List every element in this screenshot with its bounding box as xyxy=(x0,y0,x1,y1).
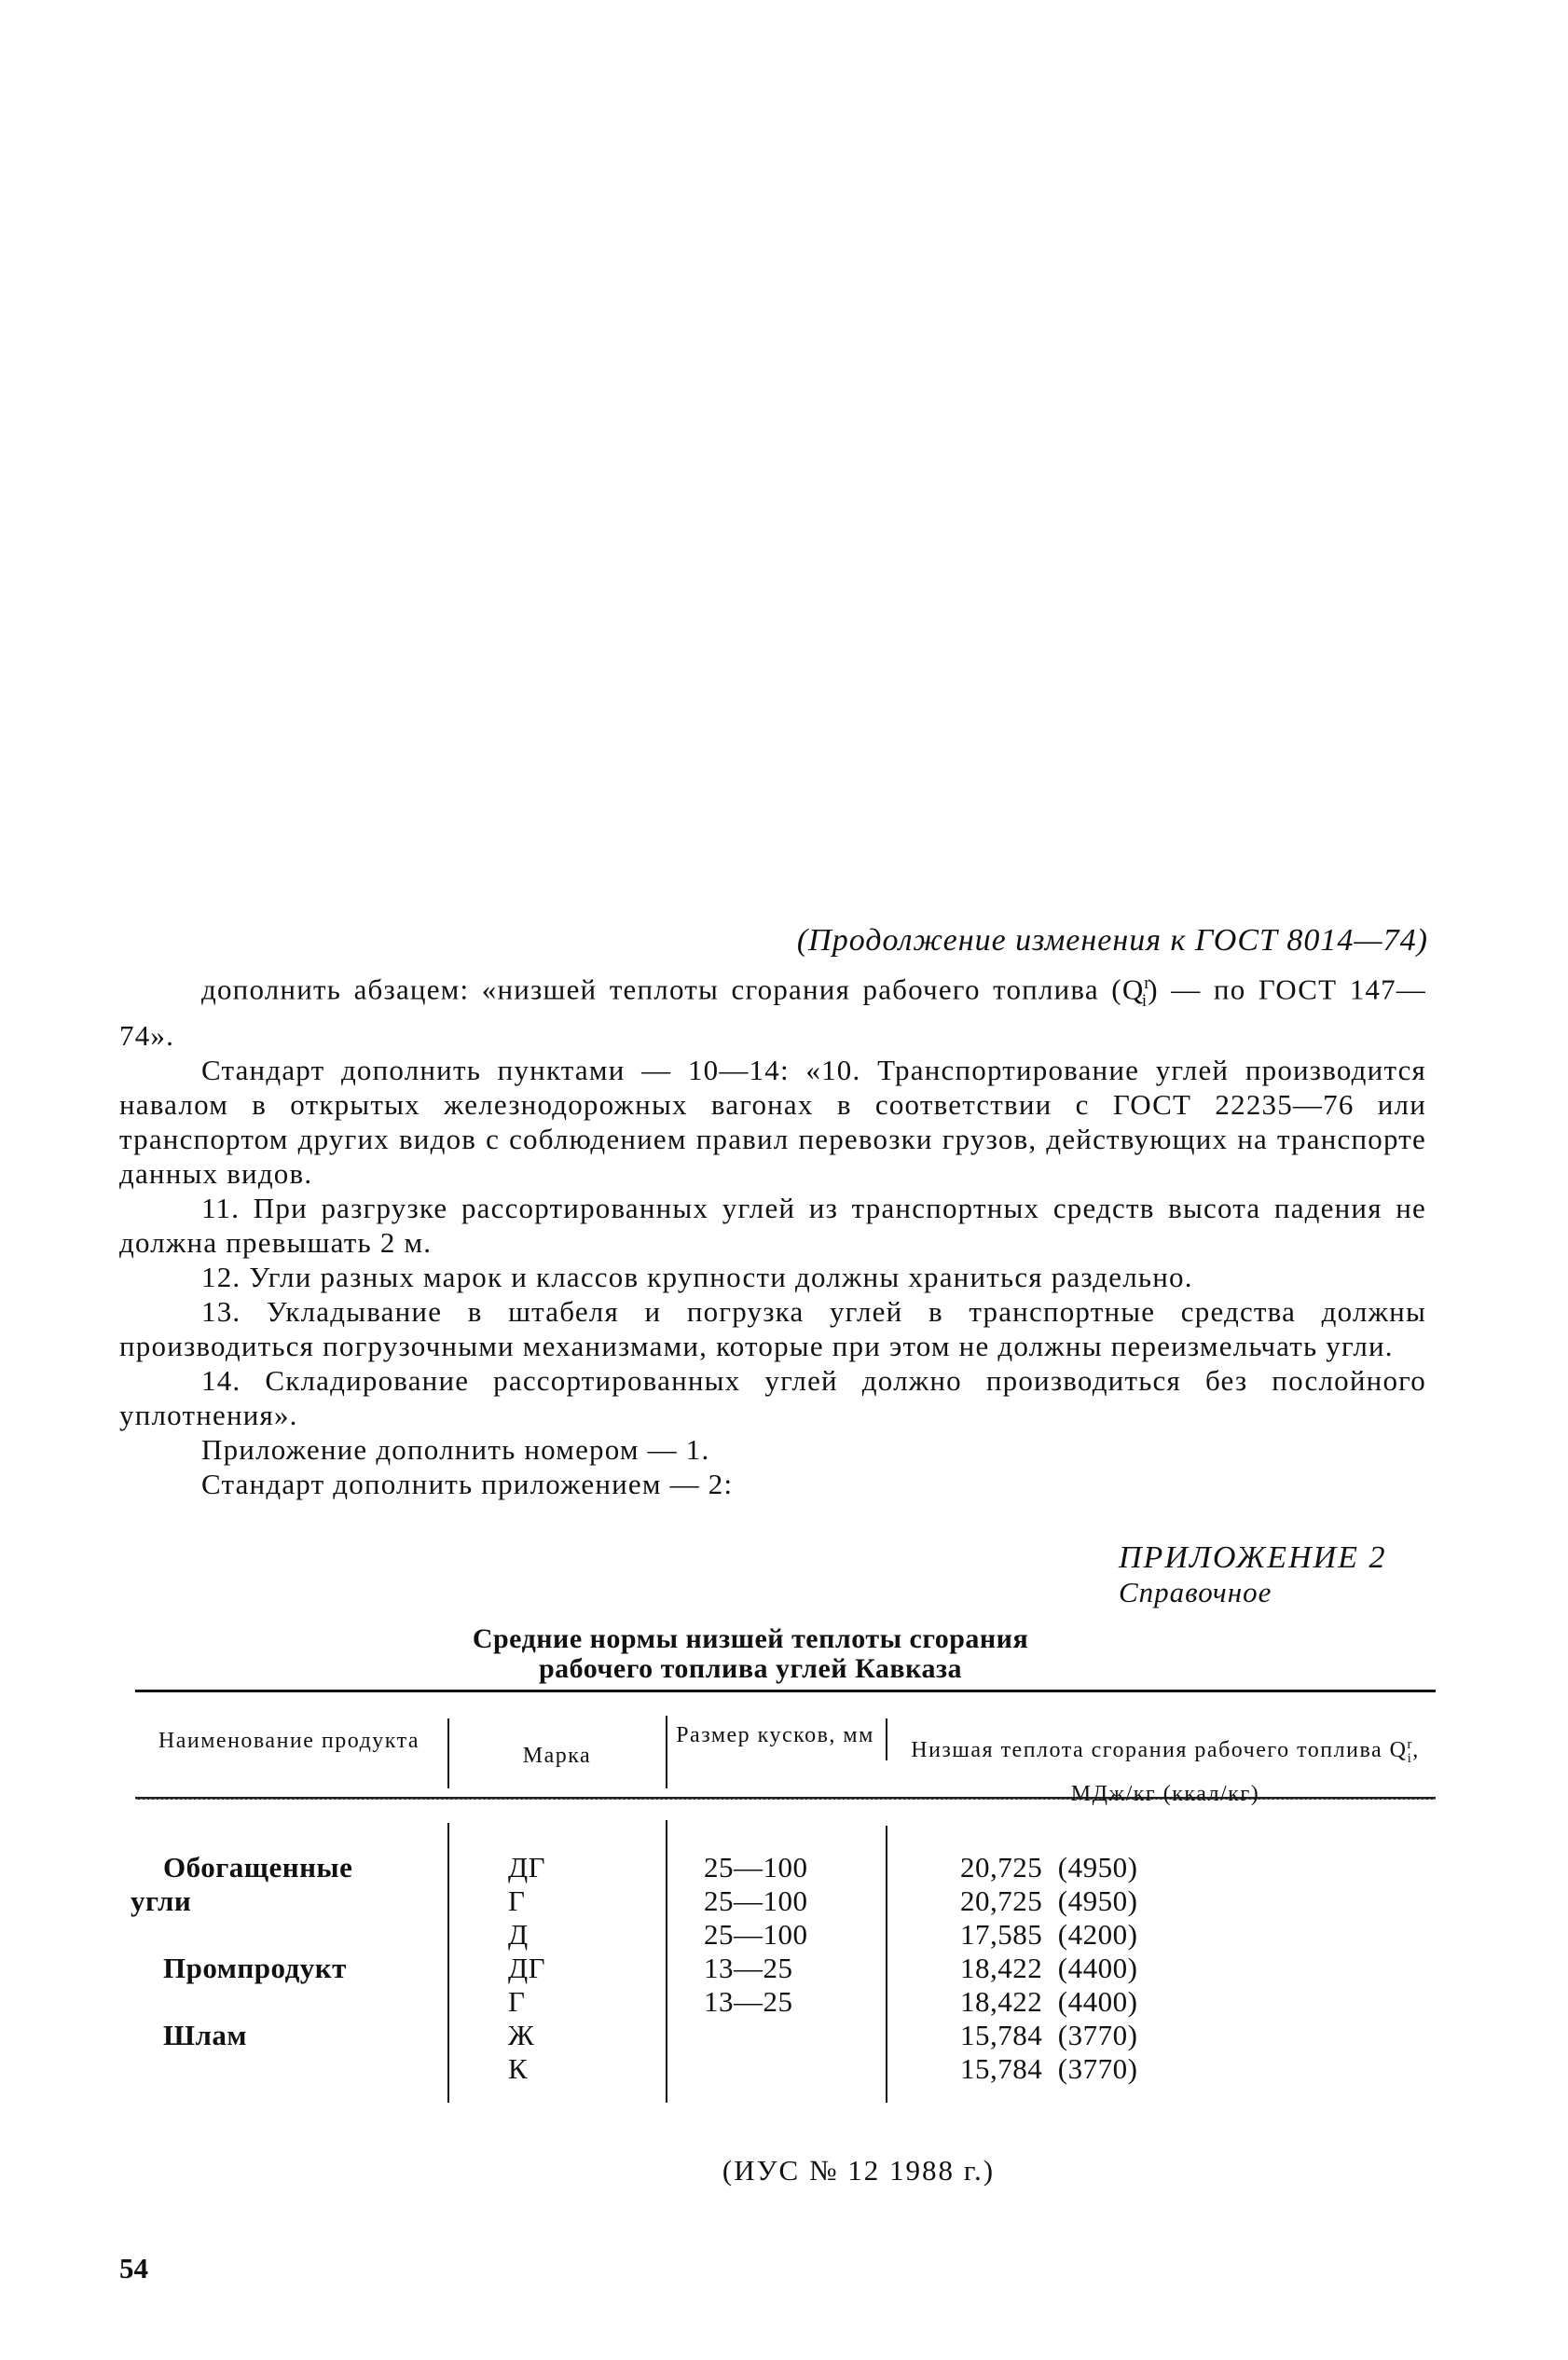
heat-cell: 17,585 (4200) xyxy=(960,1918,1137,1952)
grade-cell: Г xyxy=(508,1884,525,1918)
size-cell: 25—100 xyxy=(704,1851,808,1884)
paragraph: 14. Складирование рассортированных углей… xyxy=(119,1363,1426,1432)
product-cell: угли xyxy=(131,1884,191,1918)
header-size: Размер кусков, мм xyxy=(675,1721,875,1749)
paragraph: 11. При разгрузке рассортированных углей… xyxy=(119,1191,1426,1260)
grade-cell: К xyxy=(508,2052,528,2086)
paragraph: Стандарт дополнить приложением — 2: xyxy=(119,1467,1426,1501)
header-product: Наименование продукта xyxy=(140,1727,438,1755)
paragraph: 13. Укладывание в штабеля и погрузка угл… xyxy=(119,1294,1426,1363)
heat-cell: 18,422 (4400) xyxy=(960,1952,1137,1985)
column-divider xyxy=(666,1716,667,1788)
paragraph: 12. Угли разных марок и классов крупност… xyxy=(119,1260,1426,1294)
footer-source: (ИУС № 12 1988 г.) xyxy=(0,2154,1568,2187)
grade-cell: ДГ xyxy=(508,1851,545,1884)
size-cell: 13—25 xyxy=(704,1985,793,2019)
grade-cell: ДГ xyxy=(508,1952,545,1985)
appendix-subtitle: Справочное xyxy=(1119,1576,1272,1609)
paragraph: Стандарт дополнить пунктами — 10—14: «10… xyxy=(119,1053,1426,1191)
size-cell: 13—25 xyxy=(704,1952,793,1985)
table-title: Средние нормы низшей теплоты сгорания ра… xyxy=(280,1624,1221,1684)
product-cell: Обогащенные xyxy=(163,1851,352,1884)
column-divider xyxy=(886,1826,887,2103)
size-cell: 25—100 xyxy=(704,1918,808,1952)
table-top-rule xyxy=(135,1690,1436,1692)
appendix-title: ПРИЛОЖЕНИЕ 2 xyxy=(1119,1540,1386,1576)
header-grade: Марка xyxy=(457,1742,657,1770)
size-cell: 25—100 xyxy=(704,1884,808,1918)
column-divider xyxy=(447,1718,449,1788)
amendment-text: дополнить абзацем: «низшей теплоты сгора… xyxy=(119,966,1426,1501)
running-header: (Продолжение изменения к ГОСТ 8014—74) xyxy=(0,923,1428,959)
product-cell: Шлам xyxy=(163,2019,247,2052)
product-cell: Промпродукт xyxy=(163,1952,347,1985)
grade-cell: Д xyxy=(508,1918,529,1952)
column-divider xyxy=(447,1823,449,2103)
page-number: 54 xyxy=(119,2252,148,2285)
grade-cell: Ж xyxy=(508,2019,534,2052)
heat-cell: 20,725 (4950) xyxy=(960,1884,1137,1918)
column-divider xyxy=(886,1718,887,1760)
paragraph: дополнить абзацем: «низшей теплоты сгора… xyxy=(119,966,1426,1053)
heat-cell: 18,422 (4400) xyxy=(960,1985,1137,2019)
heat-cell: 20,725 (4950) xyxy=(960,1851,1137,1884)
heat-cell: 15,784 (3770) xyxy=(960,2019,1137,2052)
header-heat: Низшая теплота сгорания рабочего топлива… xyxy=(895,1727,1436,1812)
paragraph: Приложение дополнить номером — 1. xyxy=(119,1432,1426,1467)
grade-cell: Г xyxy=(508,1985,525,2019)
column-divider xyxy=(666,1820,667,2103)
heat-cell: 15,784 (3770) xyxy=(960,2052,1137,2086)
